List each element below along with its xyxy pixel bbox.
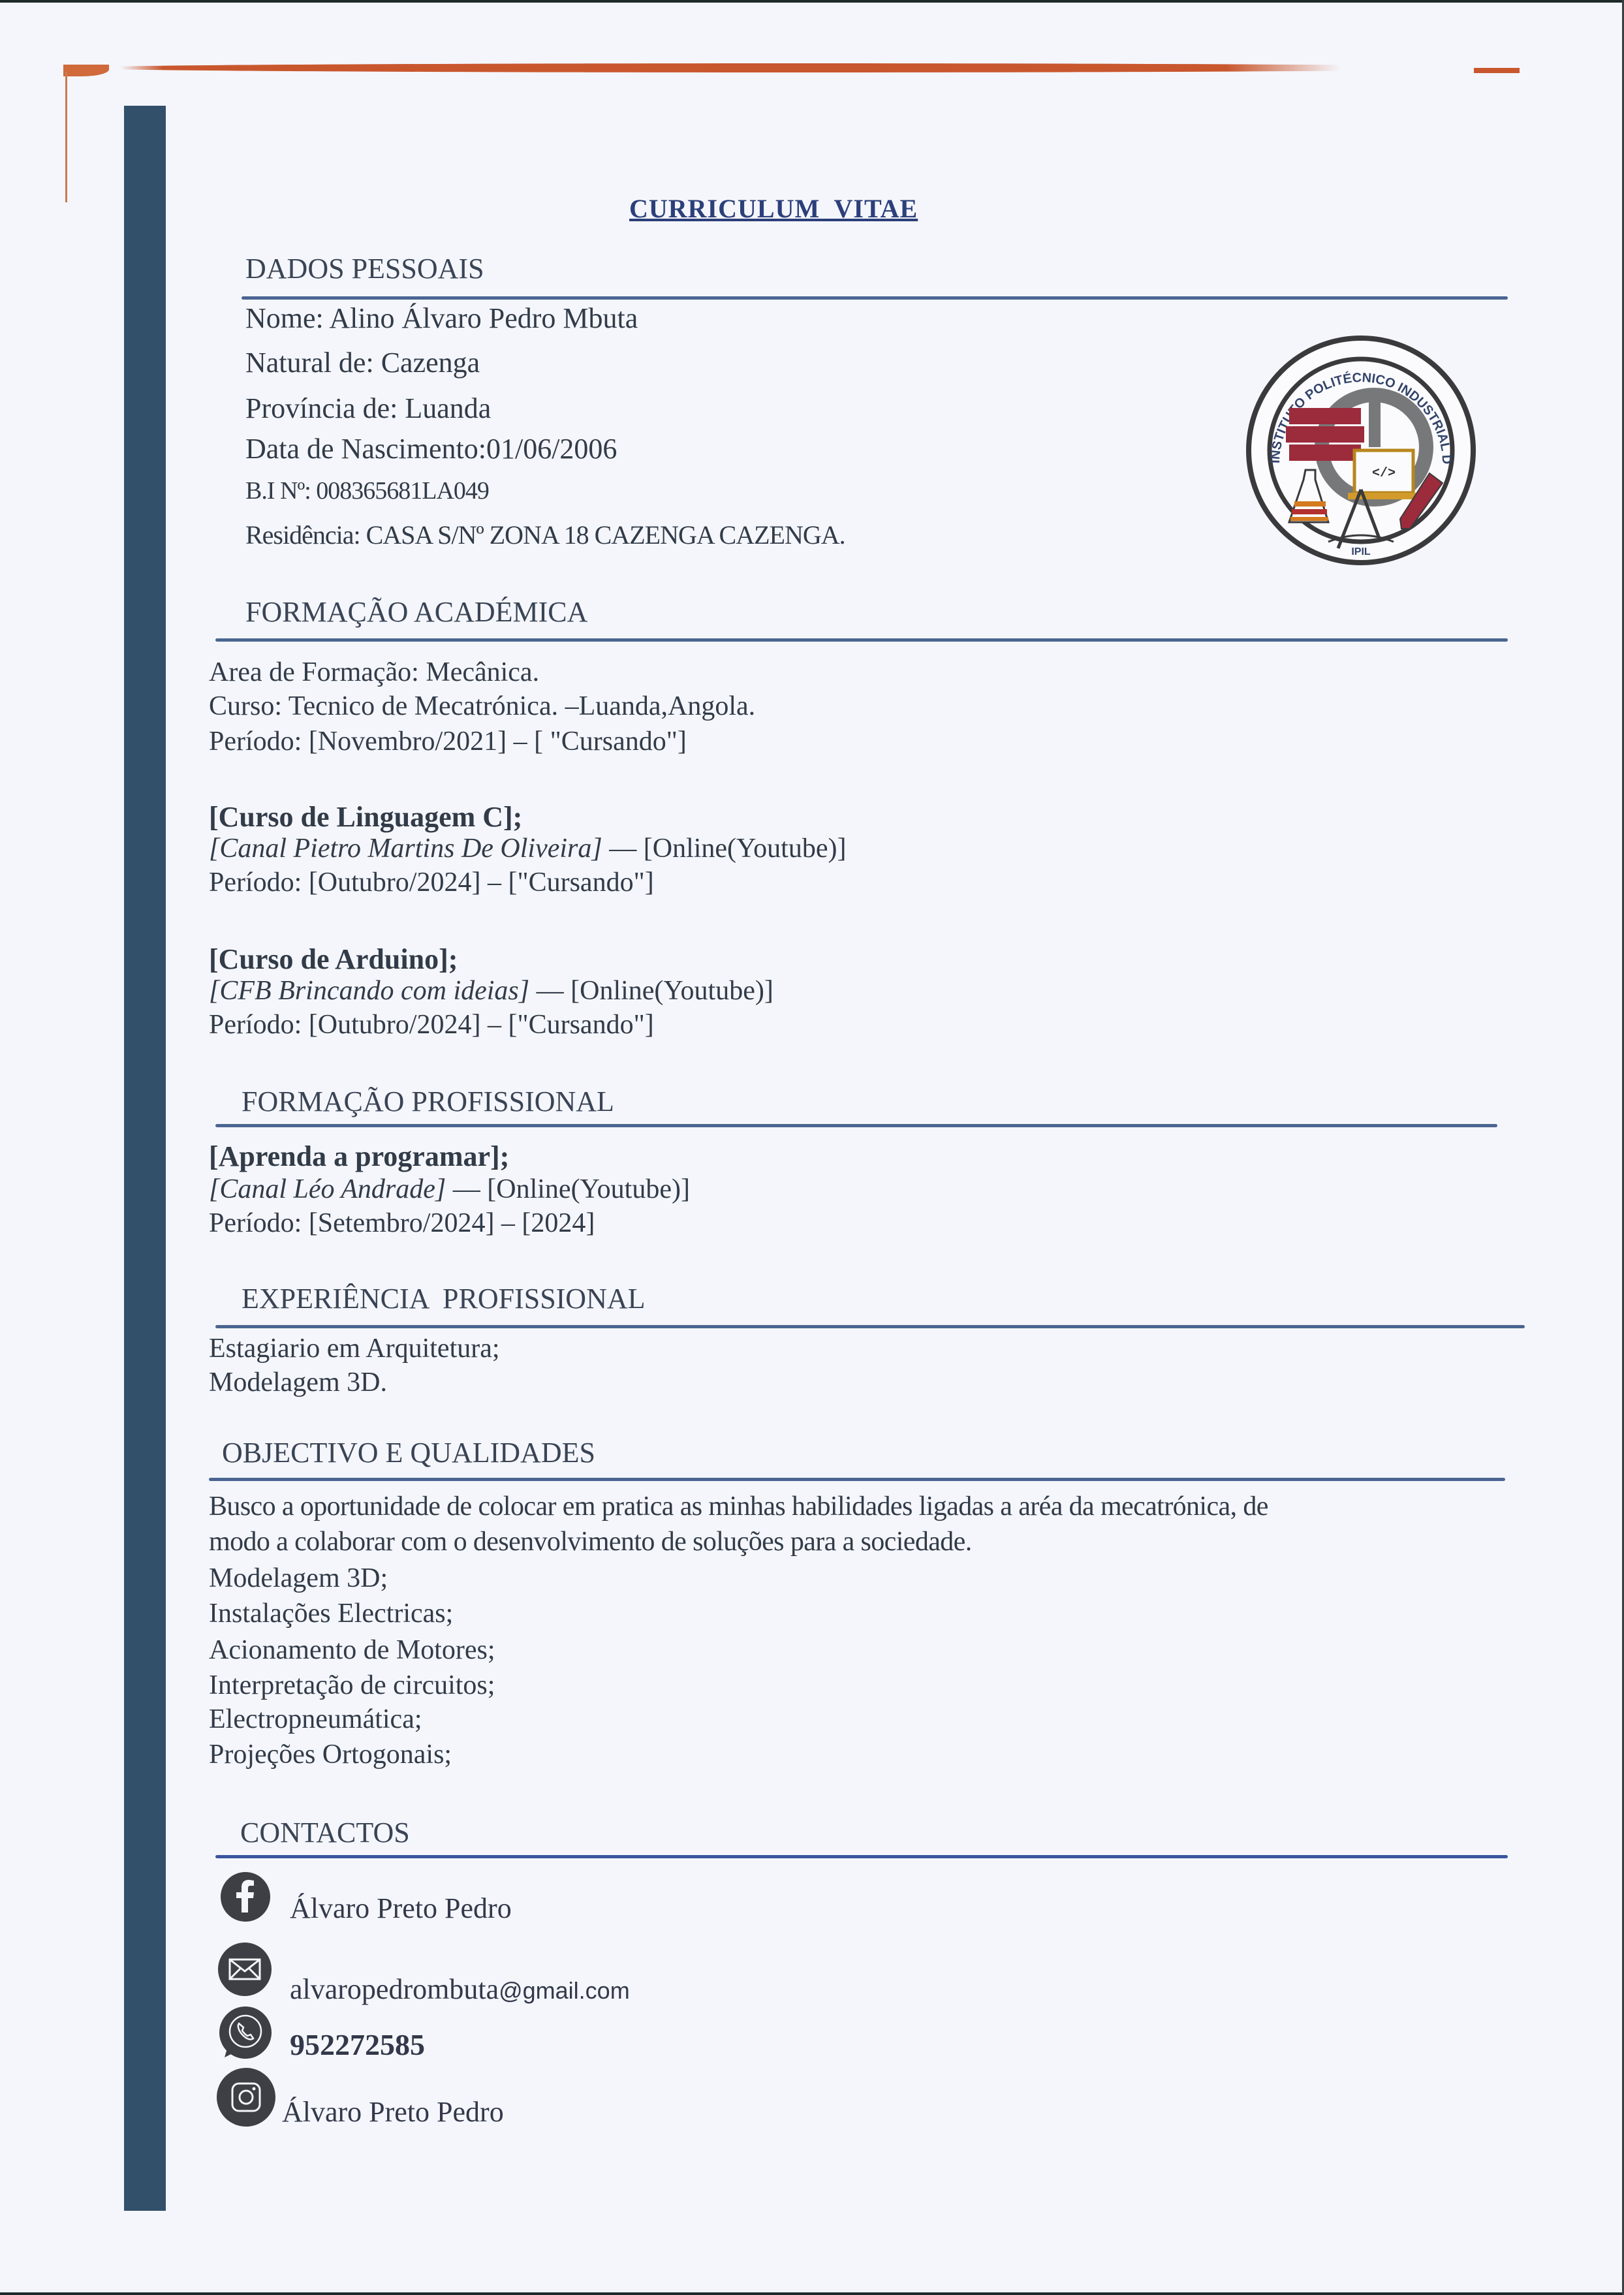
field-provincia: Província de: Luanda	[245, 392, 491, 425]
training-mode: — [Online(Youtube)]	[446, 1174, 690, 1204]
email-value[interactable]: alvaropedrombuta@gmail.com	[290, 1973, 630, 2006]
field-bi: B.I Nº: 008365681LA049	[245, 476, 489, 505]
course-name: [Curso de Linguagem C];	[209, 800, 522, 834]
logo-abbrev: IPIL	[1351, 546, 1371, 557]
scan-edge-top	[0, 0, 1624, 3]
experience-item: Estagiario em Arquitetura;	[209, 1333, 500, 1364]
logo-code-glyph: </>	[1372, 466, 1396, 481]
facebook-icon	[221, 1872, 270, 1922]
quality-item: Projeções Ortogonais;	[209, 1739, 452, 1770]
objective-line: Busco a oportunidade de colocar em prati…	[209, 1491, 1268, 1522]
section-divider	[209, 1478, 1505, 1481]
instagram-icon	[217, 2068, 275, 2127]
quality-item: Instalações Electricas;	[209, 1598, 453, 1629]
experience-item: Modelagem 3D.	[209, 1367, 387, 1398]
training-name: [Aprenda a programar];	[209, 1140, 509, 1173]
course-periodo: Período: [Outubro/2024] – ["Cursando"]	[209, 1009, 654, 1040]
scan-edge-bottom	[0, 2292, 1624, 2295]
section-heading-dados-pessoais: DADOS PESSOAIS	[245, 252, 484, 285]
training-periodo: Período: [Setembro/2024] – [2024]	[209, 1208, 595, 1239]
course-name: [Curso de Arduino];	[209, 943, 458, 976]
section-divider	[215, 1325, 1525, 1328]
field-residencia: Residência: CASA S/Nº ZONA 18 CAZENGA CA…	[245, 520, 845, 550]
facebook-value: Álvaro Preto Pedro	[290, 1892, 512, 1925]
quality-item: Modelagem 3D;	[209, 1563, 388, 1594]
whatsapp-value: 952272585	[290, 2027, 425, 2062]
document-title: CURRICULUM VITAE	[629, 193, 918, 224]
field-curso: Curso: Tecnico de Mecatrónica. –Luanda,A…	[209, 691, 755, 722]
training-provider-line: [Canal Léo Andrade] — [Online(Youtube)]	[209, 1174, 690, 1205]
field-data-nascimento: Data de Nascimento:01/06/2006	[245, 432, 617, 465]
quality-item: Interpretação de circuitos;	[209, 1670, 495, 1701]
section-divider	[215, 1855, 1508, 1858]
orange-top-stripe	[77, 63, 1513, 72]
section-divider	[242, 296, 1508, 300]
section-heading-formacao-academica: FORMAÇÃO ACADÉMICA	[245, 595, 587, 629]
course-provider: [CFB Brincando com ideias]	[209, 976, 529, 1006]
objective-line: modo a colaborar com o desenvolvimento d…	[209, 1526, 972, 1557]
course-mode: — [Online(Youtube)]	[602, 834, 847, 864]
course-provider-line: [CFB Brincando com ideias] — [Online(You…	[209, 975, 773, 1007]
whatsapp-icon	[219, 2006, 272, 2059]
quality-item: Acionamento de Motores;	[209, 1634, 495, 1666]
email-domain: @gmail.com	[499, 1977, 630, 2004]
field-area-formacao: Area de Formação: Mecânica.	[209, 657, 539, 688]
mail-icon	[218, 1943, 272, 1996]
side-accent-bar	[124, 106, 166, 2211]
section-divider	[215, 638, 1508, 642]
section-divider	[215, 1124, 1497, 1127]
field-nome: Nome: Alino Álvaro Pedro Mbuta	[245, 302, 638, 335]
section-heading-formacao-profissional: FORMAÇÃO PROFISSIONAL	[242, 1085, 614, 1118]
section-heading-objectivo: OBJECTIVO E QUALIDADES	[222, 1436, 595, 1469]
orange-left-border	[65, 72, 67, 202]
school-logo: INSTITUTO POLITÉCNICO INDUSTRIAL DE LUAN…	[1243, 333, 1478, 568]
email-user: alvaropedrombuta	[290, 1973, 499, 2005]
training-provider: [Canal Léo Andrade]	[209, 1174, 446, 1204]
course-mode: — [Online(Youtube)]	[529, 976, 773, 1006]
course-periodo: Período: [Outubro/2024] – ["Cursando"]	[209, 867, 654, 898]
instagram-value: Álvaro Preto Pedro	[282, 2095, 504, 2129]
section-heading-contactos: CONTACTOS	[240, 1816, 410, 1849]
field-natural: Natural de: Cazenga	[245, 346, 480, 379]
course-provider-line: [Canal Pietro Martins De Oliveira] — [On…	[209, 833, 846, 864]
section-heading-experiencia: EXPERIÊNCIA PROFISSIONAL	[242, 1282, 646, 1315]
quality-item: Electropneumática;	[209, 1704, 422, 1735]
orange-dash-decoration	[1474, 68, 1520, 73]
course-provider: [Canal Pietro Martins De Oliveira]	[209, 834, 602, 864]
field-periodo: Período: [Novembro/2021] – [ "Cursando"]	[209, 726, 687, 757]
